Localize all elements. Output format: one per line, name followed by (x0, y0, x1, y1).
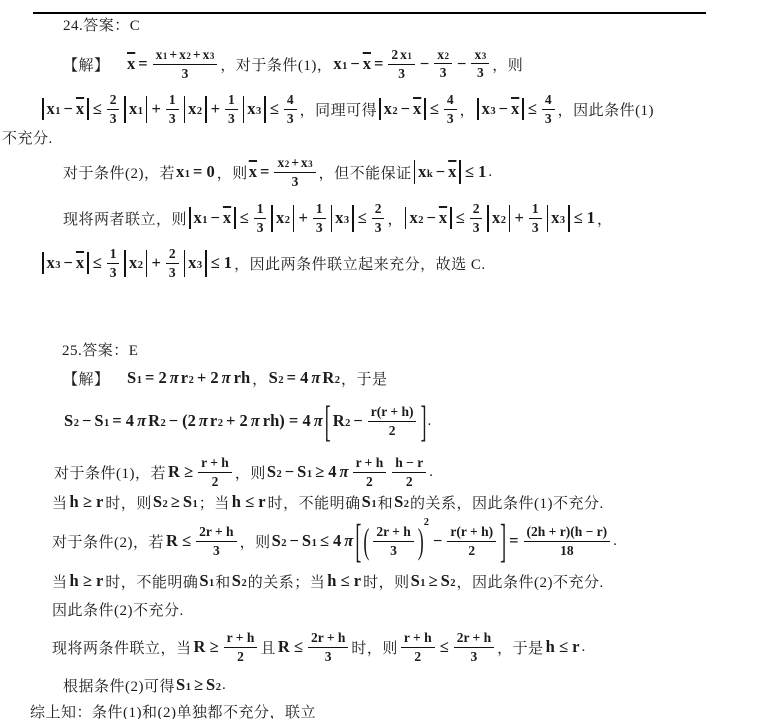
p24-sol-line-2: x1−x≤23x1+13x2+13x3≤43，同理可得x2−x≤43，x3−x≤… (40, 87, 654, 131)
fraction: 13 (254, 201, 267, 234)
fraction: 2r + h3 (308, 630, 348, 663)
var-base: x (47, 255, 55, 272)
fraction-numerator: 1 (166, 92, 179, 107)
math-run: h ≤ r (546, 637, 580, 657)
math-var: x (76, 101, 84, 118)
p24-sol-line-6: x3−x≤13x2+23x3≤ 1，因此两条件联立起来充分，故选 C. (40, 241, 486, 285)
math-run: 18 (560, 543, 574, 558)
math-pi: π (340, 462, 349, 482)
overlined-var: x (76, 101, 84, 118)
fraction-numerator: 1 (107, 246, 120, 261)
abs-bar (205, 96, 207, 123)
p25-sol-line-5: 对于条件(2)，若R ≤2r + h3，则S2−S1≤ 4π[(2r + h3)… (52, 515, 617, 567)
var-base: S (199, 573, 208, 590)
fraction-bar (447, 541, 496, 542)
math-run: 2r + h (376, 524, 410, 539)
var-base: S (232, 573, 241, 590)
math-run: 3 (292, 174, 299, 189)
math-var: x1 (47, 101, 61, 118)
math-run: + (169, 47, 177, 62)
abs-bar (42, 252, 44, 275)
math-run: ≥ 4 (315, 462, 336, 482)
fraction: x23 (434, 48, 452, 80)
var-base: r (210, 413, 217, 430)
math-run: 4 (447, 92, 454, 107)
fraction-numerator: h − r (392, 455, 426, 470)
math-var: x3 (301, 156, 313, 170)
var-base: x (437, 48, 444, 62)
var-base: x (551, 210, 559, 227)
text-run: ，于是 (497, 637, 544, 658)
fraction-denominator: 3 (529, 220, 542, 235)
text-run: 当 (52, 492, 68, 513)
math-run: 3 (169, 265, 176, 280)
math-var: S1 (297, 464, 312, 481)
fraction-numerator: 2 (166, 246, 179, 261)
var-base: S (153, 494, 162, 511)
math-var: x (511, 101, 519, 118)
math-run: 2 (391, 47, 398, 62)
p25-sol-line-6: 当h ≥ r时，不能明确S1和S2的关系；当h ≤ r时，则S1≥S2，因此条件… (52, 569, 604, 593)
text-run: 时，不能明确 (105, 571, 198, 592)
math-run: = (260, 162, 269, 182)
math-run: r + h (356, 455, 384, 470)
math-var: xk (418, 164, 433, 181)
math-var: x2 (277, 156, 289, 170)
text-run: ，因此条件(1) (558, 99, 655, 120)
math-run: ≤ (528, 99, 537, 119)
fraction-numerator: 2 (107, 92, 120, 107)
math-run: 2 (110, 92, 117, 107)
math-run: 3 (213, 543, 220, 558)
math-run: 3 (169, 111, 176, 126)
fraction-numerator: 4 (444, 92, 457, 107)
math-run: − (420, 54, 429, 74)
fraction-denominator: 3 (372, 220, 385, 235)
fraction-numerator: x2 (434, 48, 452, 62)
math-var: r2 (181, 370, 194, 387)
math-var: S2 (441, 573, 456, 590)
text-run: 的关系；当 (248, 571, 326, 592)
p24-sol-line-1: 【解】x=x1+x2+x33，对于条件(1)，x1−x=2x13−x23−x33… (63, 40, 523, 88)
fraction-numerator: r(r + h) (447, 524, 496, 539)
math-run: 2 (473, 201, 480, 216)
fraction-bar (107, 263, 120, 264)
var-base: x (277, 156, 284, 170)
text-run: 根据条件(2)可得 (63, 675, 175, 696)
var-base: S (64, 413, 73, 430)
math-run: ≤ (270, 99, 279, 119)
fraction-denominator: 3 (437, 65, 450, 80)
math-run: + (193, 47, 201, 62)
math-run: 3 (257, 220, 264, 235)
math-run: h − r (395, 455, 423, 470)
fraction-numerator: 4 (542, 92, 555, 107)
math-run: 4 (287, 92, 294, 107)
fraction-numerator: 2r + h (308, 630, 348, 645)
math-var: x1 (129, 101, 143, 118)
math-var: S2 (64, 413, 79, 430)
fraction: x1+x2+x33 (153, 47, 218, 80)
math-run: ≤ (93, 253, 102, 273)
math-run: (2 (182, 411, 196, 431)
math-var: x3 (335, 210, 349, 227)
fraction-bar (166, 109, 179, 110)
math-run: ≤ (456, 208, 465, 228)
fraction: r + h2 (198, 455, 232, 488)
text-run: 时，则 (363, 571, 410, 592)
text-run: ，则 (492, 54, 523, 75)
abs-bar (184, 96, 186, 123)
text-run: 【解】 (63, 368, 110, 389)
var-base: x (129, 101, 137, 118)
math-run: 1 (110, 246, 117, 261)
math-var: S2 (267, 464, 282, 481)
math-run: 3 (477, 65, 484, 80)
math-run: 1 (316, 201, 323, 216)
fraction-denominator: 2 (465, 543, 478, 558)
math-run: − (436, 162, 445, 182)
math-var: x (363, 56, 371, 73)
math-run: 3 (473, 220, 480, 235)
fraction: 43 (444, 92, 457, 125)
text-run: ，对于条件(1)， (220, 54, 332, 75)
math-run: 3 (532, 220, 539, 235)
math-run: 2r + h (199, 524, 233, 539)
abs-bar (87, 98, 89, 121)
p25-sol-line-8: 现将两条件联立，当R ≥r + h2且R ≤2r + h3时，则r + h2≤2… (52, 624, 586, 670)
fraction-bar (470, 218, 483, 219)
fraction-denominator: 3 (166, 265, 179, 280)
fraction: 23 (470, 201, 483, 234)
math-run: + 2 (197, 368, 219, 388)
abs-bar (146, 96, 148, 123)
fraction-denominator: 3 (395, 66, 408, 81)
var-base: x (129, 255, 137, 272)
math-var: x3 (551, 210, 565, 227)
fraction-bar (308, 647, 348, 648)
document-page: 24.答案：C【解】x=x1+x2+x33，对于条件(1)，x1−x=2x13−… (0, 0, 762, 719)
text-run: 24.答案：C (63, 14, 140, 35)
math-run: ≤ (240, 208, 249, 228)
text-run: ， (387, 208, 403, 229)
fraction: 13 (166, 92, 179, 125)
math-run: 3 (316, 220, 323, 235)
text-run: 对于条件(2)，若 (63, 162, 175, 183)
var-base: S (127, 370, 136, 387)
overlined-var: x (439, 210, 447, 227)
math-run: + (298, 208, 307, 228)
fraction: 2r + h3 (196, 524, 236, 557)
text-run: 对于条件(2)，若 (52, 531, 164, 552)
fraction-denominator: 3 (387, 543, 400, 558)
fraction-bar (254, 218, 267, 219)
abs-bar (331, 205, 333, 232)
math-pi: π (344, 531, 353, 551)
math-run: h ≥ r (70, 571, 104, 591)
fraction-numerator: r(r + h) (368, 404, 417, 419)
abs-bar (414, 160, 416, 184)
fraction-bar (107, 109, 120, 110)
fraction-denominator: 18 (557, 543, 577, 558)
math-pi: π (137, 411, 146, 431)
math-run: 2 (468, 543, 475, 558)
abs-bar (477, 98, 479, 121)
fraction: 13 (529, 201, 542, 234)
var-base: S (267, 464, 276, 481)
math-var: S1 (127, 370, 142, 387)
var-base: x (301, 156, 308, 170)
var-base: x (335, 210, 343, 227)
math-run: 3 (287, 111, 294, 126)
fraction-numerator: 1 (313, 201, 326, 216)
var-base: x (474, 48, 481, 62)
math-var: S2 (269, 370, 284, 387)
math-run: R ≤ (278, 637, 303, 657)
math-var: S2 (232, 573, 247, 590)
abs-bar (234, 207, 236, 230)
math-pi: π (314, 411, 323, 431)
abs-bar (459, 160, 461, 184)
math-run: 3 (228, 111, 235, 126)
text-run: . (488, 164, 492, 181)
fraction-numerator: 2 (470, 201, 483, 216)
text-run: ；当 (199, 492, 230, 513)
math-var: x3 (247, 101, 261, 118)
abs-bar (379, 98, 381, 121)
math-run: − (457, 54, 466, 74)
raised-exponent: 2 (424, 517, 429, 528)
math-var: S1 (199, 573, 214, 590)
var-base: x (418, 164, 426, 181)
fraction-denominator: 3 (284, 111, 297, 126)
fraction: 23 (107, 92, 120, 125)
fraction-bar (529, 218, 542, 219)
math-run: − (433, 531, 442, 551)
var-base: S (183, 494, 192, 511)
math-pi: π (251, 411, 260, 431)
math-run: ≤ (93, 99, 102, 119)
abs-bar (184, 250, 186, 277)
var-base: S (411, 573, 420, 590)
text-run: 和 (378, 492, 394, 513)
text-run: ，同理可得 (300, 99, 378, 120)
fraction-denominator: 3 (470, 220, 483, 235)
fraction-bar (166, 263, 179, 264)
math-pi: π (170, 368, 179, 388)
math-run: r + h (227, 630, 255, 645)
fraction-numerator: 2r + h (454, 630, 494, 645)
fraction-bar (284, 109, 297, 110)
text-run: ，但不能保证 (319, 162, 412, 183)
fraction: 2r + h3 (454, 630, 494, 663)
text-run: 25.答案：E (62, 339, 138, 360)
var-base: x (179, 48, 186, 62)
math-var: S1 (411, 573, 426, 590)
math-var: x (76, 255, 84, 272)
math-run: 3 (471, 649, 478, 664)
math-var: x (249, 164, 257, 181)
p24-sol-line-5: 现将两者联立，则x1−x≤13x2+13x3≤23，x2−x≤23x2+13x3… (63, 196, 613, 240)
var-base: S (362, 494, 371, 511)
var-base: x (156, 48, 163, 62)
math-run: 3 (440, 65, 447, 80)
fraction-denominator: 2 (363, 474, 376, 489)
text-run: 不充分. (2, 127, 53, 148)
math-var: x2 (492, 210, 506, 227)
math-run: 2 (375, 201, 382, 216)
big-delimiter: ] (500, 518, 506, 565)
fraction: h − r2 (392, 455, 426, 488)
math-var: S1 (94, 413, 109, 430)
fraction-denominator: 2 (403, 474, 416, 489)
math-run: = (509, 531, 518, 551)
math-run: 4 (545, 92, 552, 107)
var-base: S (302, 533, 311, 550)
p25-sol-line-4: 当h ≥ r时，则S2≥S1；当h ≤ r时，不能明确S1和S2的关系，因此条件… (52, 490, 604, 514)
fraction: r(r + h)2 (368, 404, 417, 437)
text-run: ，因此两条件联立起来充分，故选 C. (234, 253, 486, 274)
fraction-bar (373, 541, 413, 542)
overlined-var: x (127, 56, 135, 73)
fraction-bar (224, 647, 258, 648)
var-base: S (206, 677, 215, 694)
fraction-denominator: 3 (179, 66, 192, 81)
abs-bar (146, 250, 148, 277)
abs-bar (87, 252, 89, 275)
text-run: ，则 (240, 531, 271, 552)
fraction-denominator: 3 (107, 111, 120, 126)
big-delimiter: [ (325, 399, 331, 442)
math-run: ≥ (194, 675, 203, 695)
math-run: ≤ 1 (574, 208, 595, 228)
fraction-denominator: 2 (209, 474, 222, 489)
text-run: 【解】 (63, 54, 110, 75)
math-var: x2 (179, 48, 191, 62)
fraction: 13 (225, 92, 238, 125)
fraction-bar (353, 472, 387, 473)
var-base: x (194, 210, 202, 227)
fraction-denominator: 3 (225, 111, 238, 126)
fraction: 13 (107, 246, 120, 279)
math-run: − (64, 253, 73, 273)
abs-bar (568, 205, 570, 232)
math-run: − (499, 99, 508, 119)
text-run: ，则 (235, 462, 266, 483)
math-run: r(r + h) (450, 524, 493, 539)
text-run: . (581, 639, 585, 656)
fraction-denominator: 3 (474, 65, 487, 80)
math-var: x2 (129, 255, 143, 272)
text-run: 和 (215, 571, 231, 592)
var-base: x (188, 101, 196, 118)
abs-bar (124, 96, 126, 123)
math-run: r + h (404, 630, 432, 645)
math-run: r + h (201, 455, 229, 470)
var-base: x (492, 210, 500, 227)
math-var: x2 (409, 210, 423, 227)
fraction-numerator: 1 (529, 201, 542, 216)
abs-bar (547, 205, 549, 232)
math-run: 2 (366, 474, 373, 489)
math-run: 1 (169, 92, 176, 107)
text-run: 且 (260, 637, 276, 658)
math-run: 3 (110, 111, 117, 126)
var-base: S (394, 494, 403, 511)
math-run: − (353, 411, 362, 431)
fraction-numerator: 2r + h (373, 524, 413, 539)
abs-bar (522, 98, 524, 121)
text-run: . (429, 464, 433, 481)
math-run: R ≥ (168, 462, 193, 482)
math-run: 3 (182, 66, 189, 81)
fraction-denominator: 3 (542, 111, 555, 126)
p25-sol-line-7: 因此条件(2)不充分. (52, 598, 184, 620)
abs-bar (450, 207, 452, 230)
text-run: ， (597, 208, 613, 229)
math-run: = 4 (287, 368, 309, 388)
abs-bar (509, 205, 511, 232)
math-var: x3 (47, 255, 61, 272)
overlined-var: x (511, 101, 519, 118)
math-run: 2 (212, 474, 219, 489)
math-run: = 4 (112, 411, 134, 431)
fraction-numerator: r + h (353, 455, 387, 470)
big-delimiter: [ (355, 518, 361, 565)
fraction-numerator: r + h (401, 630, 435, 645)
math-var: S2 (206, 677, 221, 694)
p25-sol-line-2: S2−S1= 4πR2−(2πr2+ 2πrh) = 4π[R2−r(r + h… (63, 396, 432, 446)
math-run: ≥ (429, 571, 438, 591)
var-base: x (47, 101, 55, 118)
var-base: R (148, 413, 160, 430)
fraction-numerator: x2+x3 (274, 155, 315, 170)
math-var: x1 (176, 164, 190, 181)
abs-bar (124, 250, 126, 277)
fraction-bar (196, 541, 236, 542)
big-delimiter: ] (420, 399, 426, 442)
overlined-var: x (249, 164, 257, 181)
math-run: = 2 (145, 368, 167, 388)
math-var: x (413, 101, 421, 118)
math-run: = 0 (193, 162, 215, 182)
math-var: R2 (148, 413, 166, 430)
math-run: + (151, 253, 160, 273)
p24-answer: 24.答案：C (63, 13, 140, 35)
abs-bar (487, 205, 489, 232)
fraction-denominator: 3 (313, 220, 326, 235)
fraction: r + h2 (401, 630, 435, 663)
math-run: R ≤ (166, 531, 191, 551)
text-run: ，于是 (341, 368, 388, 389)
var-base: S (176, 677, 185, 694)
p24-sol-line-4: 对于条件(2)，若x1= 0，则x=x2+x33，但不能保证xk−x≤ 1. (63, 150, 493, 194)
fraction-numerator: 2 (372, 201, 385, 216)
math-run: h ≤ r (232, 492, 266, 512)
math-var: x3 (482, 101, 496, 118)
fraction-bar (198, 472, 232, 473)
text-run: 现将两者联立，则 (63, 208, 187, 229)
var-base: R (333, 413, 345, 430)
var-base: S (94, 413, 103, 430)
fraction-denominator: 3 (210, 543, 223, 558)
math-run: + 2 (226, 411, 248, 431)
math-var: x3 (474, 48, 486, 62)
math-var: x1 (400, 48, 412, 62)
var-base: x (482, 101, 490, 118)
fraction: 13 (313, 201, 326, 234)
math-run: 2 (169, 246, 176, 261)
